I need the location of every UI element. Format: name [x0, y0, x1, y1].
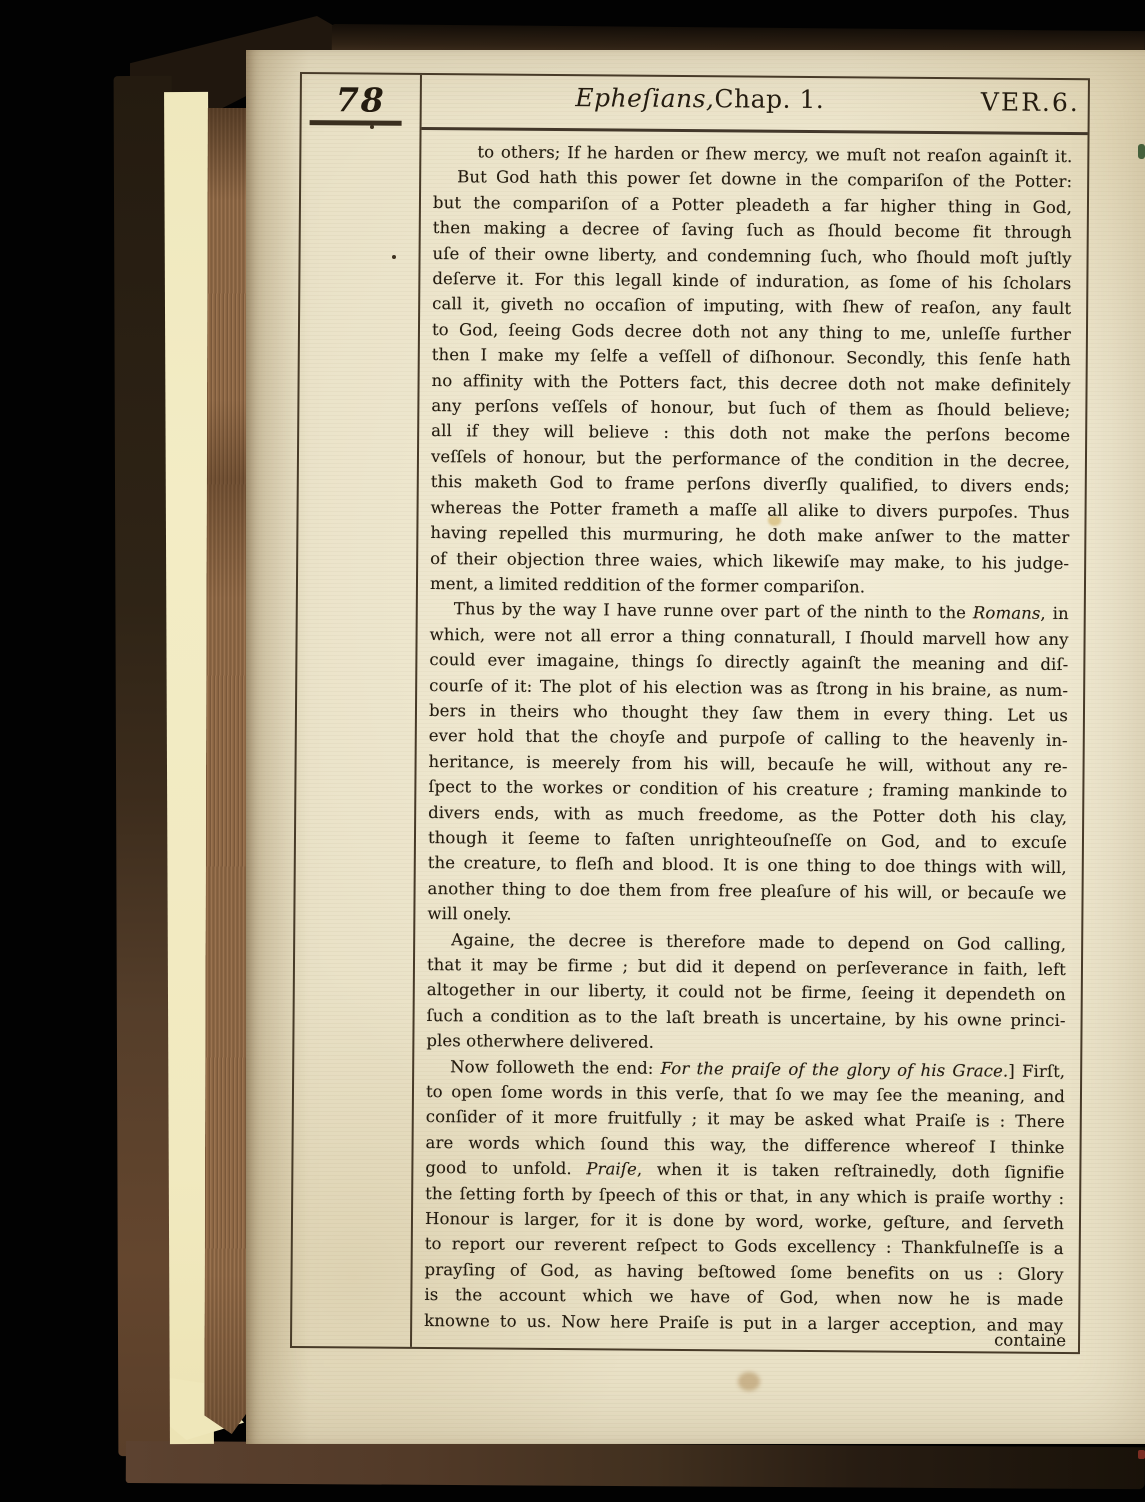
text-segment: of their objection three waies, which li… [430, 549, 1069, 573]
text-segment: Againe, the decree is therefore made to … [451, 930, 1066, 954]
text-segment: but the compariſon of a Potter pleadeth … [433, 193, 1072, 217]
text-segment: whereas the Potter frameth a maſſe all a… [431, 498, 1070, 522]
text-segment: heritance, is meerely from his will, bec… [429, 752, 1068, 776]
verse-label: VER.6. [981, 87, 1080, 117]
text-line: knowne to us. Now here Praiſe is put in … [424, 1308, 1063, 1338]
text-segment: the ſetting forth by ſpeech of this or t… [425, 1184, 1064, 1208]
text-segment: deſerve it. For this legall kinde of ind… [432, 269, 1071, 293]
text-segment: veſſels of honour, but the performance o… [431, 447, 1070, 471]
text-segment: to report our reverent reſpect to Gods e… [425, 1234, 1064, 1258]
text-segment: good to unfold. [425, 1158, 586, 1178]
text-segment: having repelled this murmuring, he doth … [430, 523, 1069, 547]
text-segment: altogether in our liberty, it could not … [427, 980, 1066, 1004]
text-segment: call it, giveth no occaſion of imputing,… [432, 294, 1071, 318]
text-segment: prayſing of God, as having beſtowed ſome… [425, 1260, 1064, 1284]
text-segment: knowne to us. Now here Praiſe is put in … [424, 1311, 1063, 1335]
text-segment: then I make my ſelfe a veſſell of diſhon… [432, 345, 1071, 369]
text-segment: to others; If he harden or ſhew mercy, w… [477, 142, 1072, 166]
text-segment: ever hold that the choyſe and purpoſe of… [429, 726, 1068, 750]
body-text: to others; If he harden or ſhew mercy, w… [412, 139, 1087, 1338]
book-cover-bottom-edge [126, 1441, 1145, 1489]
text-segment: is the account which we have of God, whe… [424, 1285, 1063, 1309]
catchword: containe [994, 1330, 1066, 1350]
text-segment: Now followeth the end: [450, 1057, 661, 1078]
text-segment: no affinity with the Potters fact, this … [432, 371, 1071, 395]
italic-text: Romans [973, 604, 1041, 624]
text-segment: all if they will believe : this doth not… [431, 422, 1070, 446]
page-number-rule [310, 120, 402, 126]
text-segment: though it ſeeme to faſten unrighteouſneſ… [428, 828, 1067, 852]
text-segment: are words which ſound this way, the diff… [426, 1133, 1065, 1157]
text-segment: conſider of it more fruitfully ; it may … [426, 1107, 1065, 1131]
running-header: Epheſians,Chap. 1. VER.6. [422, 75, 1088, 136]
italic-text: Praiſe [586, 1160, 637, 1179]
text-segment: ment, a limited reddition of the former … [430, 574, 865, 596]
text-segment: then making a decree of ſaving ſuch as ſ… [433, 218, 1072, 242]
text-line: another thing to doe them from free plea… [427, 876, 1066, 906]
text-segment: But God hath this power ſet downe in the… [457, 168, 1072, 192]
book-page: 78 Epheſians,Chap. 1. VER.6. to others; … [246, 50, 1145, 1444]
text-segment: courſe of it: The plot of his election w… [429, 676, 1068, 700]
text-segment: could ever imagaine, things ſo directly … [429, 650, 1068, 674]
italic-text: For the praiſe of the glory of his Grace… [661, 1058, 1009, 1080]
text-segment: to open ſome words in this verſe, that ſ… [426, 1082, 1065, 1106]
text-segment: , when it is taken reſtrainedly, doth ſi… [637, 1160, 1065, 1182]
text-segment: divers ends, with as much freedome, as t… [428, 803, 1067, 827]
text-segment: , in [1040, 604, 1068, 623]
text-segment: any perſons veſſels of honour, but ſuch … [431, 396, 1070, 420]
text-segment: bers in theirs who thought they ſaw them… [429, 701, 1068, 725]
header-rule [422, 127, 1088, 135]
text-segment: to God, ſeeing Gods decree doth not any … [432, 320, 1071, 344]
ruled-border-frame: 78 Epheſians,Chap. 1. VER.6. to others; … [290, 72, 1090, 1354]
text-segment: the creature, to fleſh and blood. It is … [428, 853, 1067, 877]
page-stain [738, 1372, 760, 1391]
page-number: 78 [302, 80, 420, 120]
text-segment: Honour is larger, for it is done by word… [425, 1209, 1064, 1233]
text-segment: ſpect to the workes or condition of his … [428, 777, 1067, 801]
text-segment: that it may be firme ; but did it depend… [427, 955, 1066, 979]
page-number-cell: 78 [302, 74, 420, 131]
text-segment: which, were not all error a thing connat… [430, 625, 1069, 649]
paper-fleck [1138, 1450, 1145, 1459]
paper-fleck [1138, 144, 1145, 159]
text-segment: ] Firſt, [1008, 1061, 1065, 1080]
text-segment: will onely. [427, 904, 511, 924]
text-segment: ples otherwhere delivered. [426, 1031, 654, 1052]
text-segment: ſuch a condition as to the laſt breath i… [427, 1006, 1066, 1030]
text-segment: uſe of their owne liberty, and condemnin… [433, 244, 1072, 268]
text-segment: another thing to doe them from free plea… [428, 879, 1067, 903]
book-photo: 78 Epheſians,Chap. 1. VER.6. to others; … [0, 0, 1145, 1502]
chapter-label: Chap. 1. [714, 84, 824, 114]
book-title: Epheſians, [575, 83, 714, 113]
running-title: Epheſians,Chap. 1. [422, 82, 978, 115]
text-segment: this maketh God to frame perſons diverſl… [431, 472, 1070, 496]
text-segment: Thus by the way I have runne over part o… [454, 600, 973, 623]
